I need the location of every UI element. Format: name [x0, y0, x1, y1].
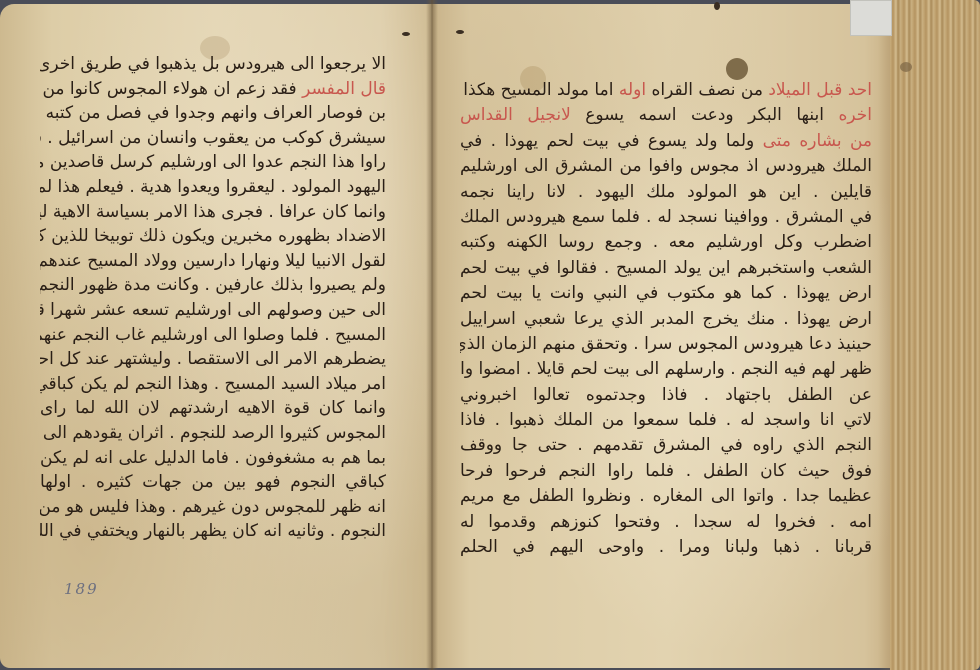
paper-tab-marker	[850, 0, 892, 36]
text-line: النجوم . وثانيه انه كان يظهر بالنهار ويخ…	[40, 519, 386, 544]
text-line: عظيما جدا . واتوا الى المغاره . ونظروا ا…	[460, 484, 872, 509]
book-gutter	[426, 0, 438, 670]
text-segment: الملك هيرودس اذ مجوس وافوا من المشرق الى…	[460, 156, 872, 176]
text-line: المسيح . فلما وصلوا الى اورشليم غاب النج…	[40, 323, 386, 348]
folio-number: 189	[64, 580, 99, 598]
text-line: الى حين وصولهم الى اورشليم تسعه عشر شهرا…	[40, 298, 386, 323]
text-line: فوق حيث كان الطفل . فلما راوا النجم فرحو…	[460, 459, 872, 484]
text-segment: كباقي النجوم فهو بين من جهات كثيره . اول…	[40, 472, 386, 492]
text-line: يضطرهم الامر الى الاستقصا . وليشتهر عند …	[40, 347, 386, 372]
page-block-edges	[890, 0, 980, 670]
text-line: اضطرب وكل اورشليم معه . وجمع روسا الكهنه…	[460, 230, 872, 255]
text-segment: قربانا . ذهبا ولبانا ومرا . واوحى اليهم …	[460, 537, 872, 557]
text-segment: النجم الذي راوه في المشرق تقدمهم . حتى ج…	[460, 435, 872, 455]
text-segment: لاتي انا واسجد له . فلما سمعوا من الملك …	[460, 410, 872, 430]
left-page-text: الا يرجعوا الى هيرودس بل يذهبوا في طريق …	[40, 52, 386, 544]
text-segment: وانما كان قوة الاهيه ارشدتهم لان الله لم…	[40, 398, 386, 418]
text-segment: الشعب واستخبرهم اين يولد المسيح . فقالوا…	[460, 258, 872, 278]
text-line: سيشرق كوكب من يعقوب وانسان من اسرائيل . …	[40, 126, 386, 151]
text-segment: ولم يصيروا بذلك عارفين . وكانت مدة ظهور …	[40, 275, 386, 295]
text-segment: راوا هذا النجم عدوا الى اورشليم كرسل قاص…	[40, 152, 386, 172]
rubric-heading: لانجيل القداس	[460, 105, 571, 125]
rubric-heading: من بشاره متى	[763, 131, 872, 151]
text-line: المجوس كثيروا الرصد للنجوم . اثران يقوده…	[40, 421, 386, 446]
text-line: كباقي النجوم فهو بين من جهات كثيره . اول…	[40, 470, 386, 495]
text-line: وانما كان عرافا . فجرى هذا الامر بسياسة …	[40, 200, 386, 225]
text-segment: فقد زعم ان هولاء المجوس كانوا من جنس بلع…	[40, 79, 302, 99]
text-segment: ارض يهوذا . منك يخرج المدبر الذي يرعا شع…	[460, 309, 872, 329]
text-segment: امر ميلاد السيد المسيح . وهذا النجم لم ي…	[40, 374, 386, 394]
text-segment: يضطرهم الامر الى الاستقصا . وليشتهر عند …	[40, 349, 386, 369]
rubric-heading: قال المفسر	[302, 79, 386, 99]
text-segment: في المشرق . ووافينا نسجد له . فلما سمع ه…	[460, 207, 872, 227]
text-segment: من نصف القراه	[646, 80, 768, 100]
text-segment: الاضداد بظهوره مخبرين ويكون ذلك توبيخا ل…	[40, 226, 386, 246]
text-segment: عظيما جدا . واتوا الى المغاره . ونظروا ا…	[460, 486, 872, 506]
text-segment: لقول الانبيا ليلا ونهارا دارسين وولاد ال…	[40, 251, 386, 271]
text-line: بما هم به مشغوفون . فاما الدليل على انه …	[40, 446, 386, 471]
text-line: قربانا . ذهبا ولبانا ومرا . واوحى اليهم …	[460, 535, 872, 560]
text-segment: بن فوصار العراف وانهم وجدوا في فصل من كت…	[40, 103, 386, 123]
text-segment: بما هم به مشغوفون . فاما الدليل على انه …	[40, 448, 386, 468]
text-line: ولم يصيروا بذلك عارفين . وكانت مدة ظهور …	[40, 273, 386, 298]
text-line: اخره ابنها البكر ودعت اسمه يسوع لانجيل ا…	[460, 103, 872, 128]
text-line: الشعب واستخبرهم اين يولد المسيح . فقالوا…	[460, 256, 872, 281]
text-segment: النجوم . وثانيه انه كان يظهر بالنهار ويخ…	[40, 521, 386, 541]
text-segment: فوق حيث كان الطفل . فلما راوا النجم فرحو…	[460, 461, 872, 481]
text-line: ارض يهوذا . كما هو مكتوب في النبي وانت ي…	[460, 281, 872, 306]
text-line: ارض يهوذا . منك يخرج المدبر الذي يرعا شع…	[460, 307, 872, 332]
text-segment: سيشرق كوكب من يعقوب وانسان من اسرائيل . …	[40, 128, 386, 148]
text-line: عن الطفل باجتهاد . فاذا وجدتموه تعالوا ا…	[460, 383, 872, 408]
rubric-heading: اخره	[838, 105, 872, 125]
right-page-text: احد قبل الميلاد من نصف القراه اوله اما م…	[460, 78, 872, 560]
text-segment: اما مولد المسيح هكذا كان	[460, 80, 619, 100]
text-line: اليهود المولود . ليعقروا ويعدوا هدية . ف…	[40, 175, 386, 200]
rubric-heading: احد قبل الميلاد	[768, 80, 872, 100]
text-line: لاتي انا واسجد له . فلما سمعوا من الملك …	[460, 408, 872, 433]
text-line: الملك هيرودس اذ مجوس وافوا من المشرق الى…	[460, 154, 872, 179]
text-line: الا يرجعوا الى هيرودس بل يذهبوا في طريق …	[40, 52, 386, 77]
text-line: من بشاره متى ولما ولد يسوع في بيت لحم يه…	[460, 129, 872, 154]
stain	[726, 58, 748, 80]
text-line: امر ميلاد السيد المسيح . وهذا النجم لم ي…	[40, 372, 386, 397]
text-segment: الا يرجعوا الى هيرودس بل يذهبوا في طريق …	[40, 54, 386, 74]
text-segment: الى حين وصولهم الى اورشليم تسعه عشر شهرا…	[40, 300, 386, 320]
text-line: النجم الذي راوه في المشرق تقدمهم . حتى ج…	[460, 433, 872, 458]
text-line: قايلين . اين هو المولود ملك اليهود . لان…	[460, 180, 872, 205]
binding-hole	[714, 2, 720, 10]
text-segment: ابنها البكر ودعت اسمه يسوع	[571, 105, 839, 125]
text-line: قال المفسر فقد زعم ان هولاء المجوس كانوا…	[40, 77, 386, 102]
text-line: احد قبل الميلاد من نصف القراه اوله اما م…	[460, 78, 872, 103]
text-segment: وانما كان عرافا . فجرى هذا الامر بسياسة …	[40, 202, 386, 222]
text-line: وانما كان قوة الاهيه ارشدتهم لان الله لم…	[40, 396, 386, 421]
text-line: ظهر لهم فيه النجم . وارسلهم الى بيت لحم …	[460, 357, 872, 382]
binding-hole	[402, 32, 410, 36]
text-segment: ظهر لهم فيه النجم . وارسلهم الى بيت لحم …	[460, 359, 872, 379]
text-segment: انه ظهر للمجوس دون غيرهم . وهذا فليس هو …	[40, 497, 386, 517]
text-segment: ولما ولد يسوع في بيت لحم يهوذا . في	[460, 131, 763, 151]
text-segment: امه . فخروا له سجدا . وفتحوا كنوزهم وقدم…	[460, 512, 872, 532]
rubric-heading: اوله	[619, 80, 646, 100]
text-segment: قايلين . اين هو المولود ملك اليهود . لان…	[460, 182, 872, 202]
text-segment: المجوس كثيروا الرصد للنجوم . اثران يقوده…	[40, 423, 386, 443]
text-line: بن فوصار العراف وانهم وجدوا في فصل من كت…	[40, 101, 386, 126]
text-line: انه ظهر للمجوس دون غيرهم . وهذا فليس هو …	[40, 495, 386, 520]
text-line: امه . فخروا له سجدا . وفتحوا كنوزهم وقدم…	[460, 510, 872, 535]
stain	[900, 62, 912, 72]
manuscript-spread: الا يرجعوا الى هيرودس بل يذهبوا في طريق …	[0, 0, 980, 670]
text-line: الاضداد بظهوره مخبرين ويكون ذلك توبيخا ل…	[40, 224, 386, 249]
text-line: راوا هذا النجم عدوا الى اورشليم كرسل قاص…	[40, 150, 386, 175]
text-segment: عن الطفل باجتهاد . فاذا وجدتموه تعالوا ا…	[460, 385, 872, 405]
binding-hole	[456, 30, 464, 34]
text-line: حينيذ دعا هيرودس المجوس سرا . وتحقق منهم…	[460, 332, 872, 357]
text-segment: حينيذ دعا هيرودس المجوس سرا . وتحقق منهم…	[460, 334, 872, 354]
text-segment: اليهود المولود . ليعقروا ويعدوا هدية . ف…	[40, 177, 386, 197]
text-segment: ارض يهوذا . كما هو مكتوب في النبي وانت ي…	[460, 283, 872, 303]
text-segment: اضطرب وكل اورشليم معه . وجمع روسا الكهنه…	[460, 232, 872, 252]
text-line: في المشرق . ووافينا نسجد له . فلما سمع ه…	[460, 205, 872, 230]
text-segment: المسيح . فلما وصلوا الى اورشليم غاب النج…	[40, 325, 386, 345]
text-line: لقول الانبيا ليلا ونهارا دارسين وولاد ال…	[40, 249, 386, 274]
